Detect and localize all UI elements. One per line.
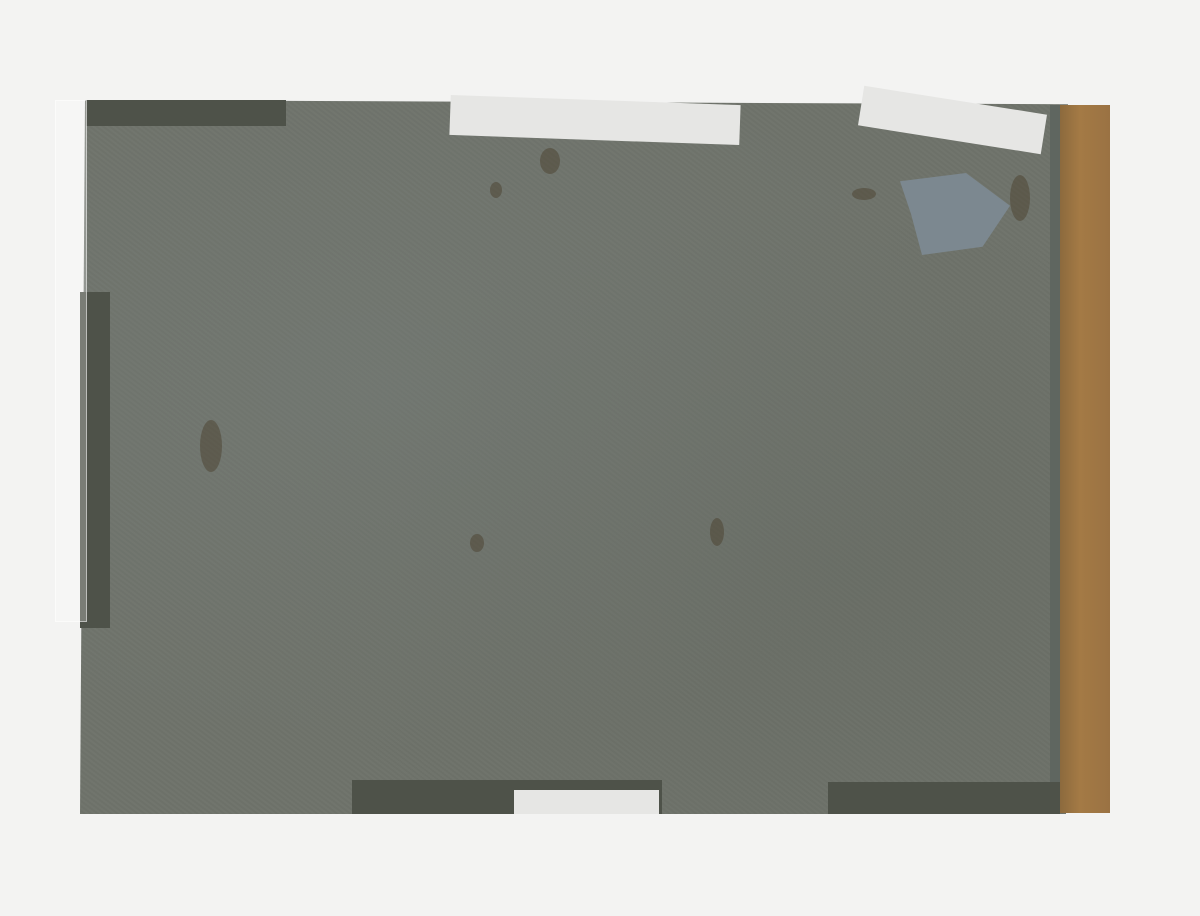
tape-bottom-right-dark [828, 782, 1060, 814]
stain-mark [1010, 175, 1030, 221]
stain-mark [852, 188, 876, 200]
wood-edge-strip [1060, 105, 1110, 813]
tape-top-left-dark [86, 100, 286, 126]
tape-left-clear [55, 100, 87, 622]
stain-mark [710, 518, 724, 546]
stain-mark [490, 182, 502, 198]
stain-mark [200, 420, 222, 472]
stain-mark [540, 148, 560, 174]
tape-bottom-center-paper [514, 790, 659, 814]
stain-mark [470, 534, 484, 552]
